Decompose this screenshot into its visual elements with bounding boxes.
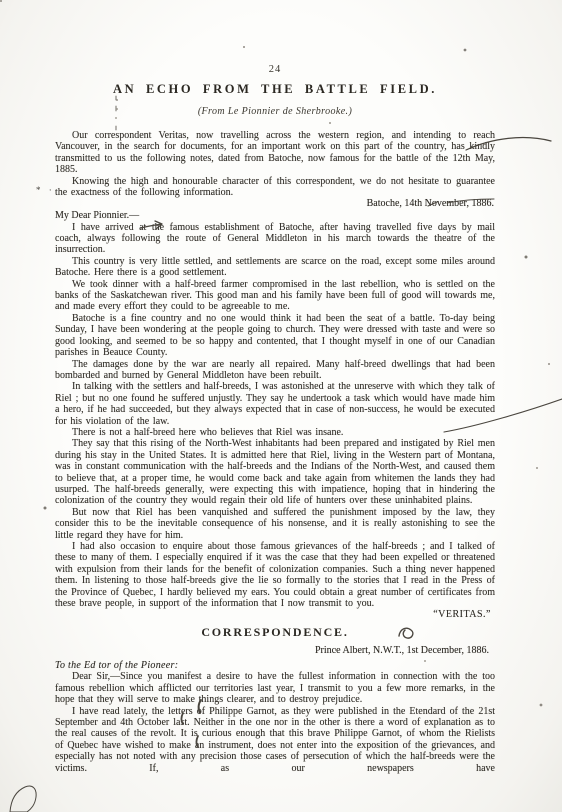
correspondence-addressee: To the Ed tor of the Pioneer: bbox=[55, 660, 495, 672]
intro-paragraphs: Our correspondent Veritas, now travellin… bbox=[55, 130, 495, 198]
correspondence-dateline: Prince Albert, N.W.T., 1st December, 188… bbox=[55, 645, 495, 656]
letter-dateline: Batoche, 14th November, 1886. bbox=[55, 198, 495, 209]
paragraph: But now that Riel has been vanquished an… bbox=[55, 507, 495, 541]
black-corner-blob-scan-artifact bbox=[10, 786, 36, 812]
paragraph: I have read lately, the letters of Phili… bbox=[55, 706, 495, 774]
paragraph: We took dinner with a half-breed farmer … bbox=[55, 279, 495, 313]
paragraph: In talking with the settlers and half-br… bbox=[55, 381, 495, 427]
letter-salutation: My Dear Pionnier.— bbox=[55, 210, 495, 222]
article-title: AN ECHO FROM THE BATTLE FIELD. bbox=[55, 82, 495, 97]
text-column: 24 AN ECHO FROM THE BATTLE FIELD. (From … bbox=[55, 64, 495, 774]
paragraph: I have arrived at the famous establishme… bbox=[55, 222, 495, 256]
paragraph: Dear Sir,—Since you manifest a desire to… bbox=[55, 671, 495, 705]
paragraph: Batoche is a fine country and no one wou… bbox=[55, 313, 495, 359]
correspondence-heading: CORRESPONDENCE. bbox=[55, 625, 495, 640]
page-number: 24 bbox=[55, 64, 495, 75]
paragraph: This country is very little settled, and… bbox=[55, 256, 495, 279]
paragraph: There is not a half-breed here who belie… bbox=[55, 427, 495, 438]
correspondence-body: Dear Sir,—Since you manifest a desire to… bbox=[55, 671, 495, 774]
paragraph: Our correspondent Veritas, now travellin… bbox=[55, 130, 495, 176]
scan-specks bbox=[0, 0, 2, 2]
paragraph: They say that this rising of the North-W… bbox=[55, 438, 495, 506]
paragraph: Knowing the high and honourable characte… bbox=[55, 176, 495, 199]
paragraph: I had also occasion to enquire about tho… bbox=[55, 541, 495, 609]
letter-signature: “VERITAS.” bbox=[55, 609, 495, 621]
margin-asterisk-mark: * · bbox=[36, 185, 55, 195]
paragraph: The damages done by the war are nearly a… bbox=[55, 359, 495, 382]
letter-body: I have arrived at the famous establishme… bbox=[55, 222, 495, 610]
scanned-document-page: 24 AN ECHO FROM THE BATTLE FIELD. (From … bbox=[0, 0, 562, 812]
article-source-line: (From Le Pionnier de Sherbrooke.) bbox=[55, 106, 495, 117]
